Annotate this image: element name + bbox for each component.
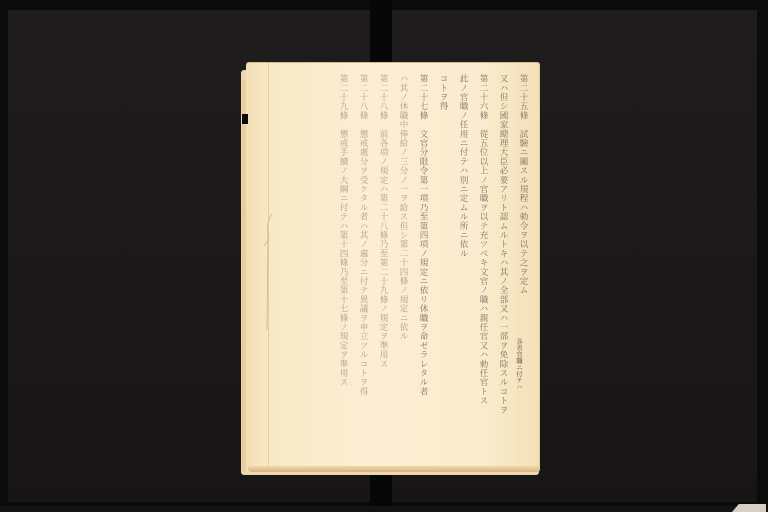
mount-bottom-strip (0, 506, 768, 512)
text-column: 第二十九條 懲戒手續ノ大綱ニ付テハ第十四條乃至第十七條ノ規定ヲ準用ス (336, 74, 350, 414)
binding-string-icon (262, 212, 276, 332)
text-column: 第二十八條 前各項ノ規定ハ第二十八條乃至第二十九條ノ規定ヲ準用ス (376, 74, 390, 414)
handwritten-text-block: 第二十五條 試驗ニ關スル規程ハ勅令ヲ以テ之ヲ定ム 又ハ但シ國家總理大臣必要アリト… (330, 74, 530, 414)
margin-annotation: 各省官職ニ付テハ (515, 338, 523, 390)
text-column: 第二十八條 懲戒處分ヲ受ケタル者ハ其ノ處分ニ付テ異議ヲ申立ツルコトヲ得 (356, 74, 370, 414)
text-column: 第二十六條 從五位以上ノ官職ヲ以テ充ツベキ文官ノ職ハ親任官又ハ勅任官トス (476, 74, 490, 414)
page-notch (242, 114, 248, 124)
text-column: コトヲ得 (436, 74, 450, 414)
text-column: ハ其ノ休職中俸給ノ三分ノ一ヲ給ス但シ第二十四條ノ規定ニ依ル (396, 74, 410, 414)
text-column: 又ハ但シ國家總理大臣必要アリト認ムルトキハ其ノ全部又ハ一部ヲ免除スルコトヲ得 (496, 74, 510, 414)
text-column: 此ノ官職ノ任用ニ付テハ別ニ定ムル所ニ依ル (456, 74, 470, 414)
text-column: 第二十七條 文官分限令第一項乃至第四項ノ規定ニ依リ休職ヲ命ゼラレタル者 (416, 74, 430, 414)
page-bottom-edge (248, 466, 540, 472)
